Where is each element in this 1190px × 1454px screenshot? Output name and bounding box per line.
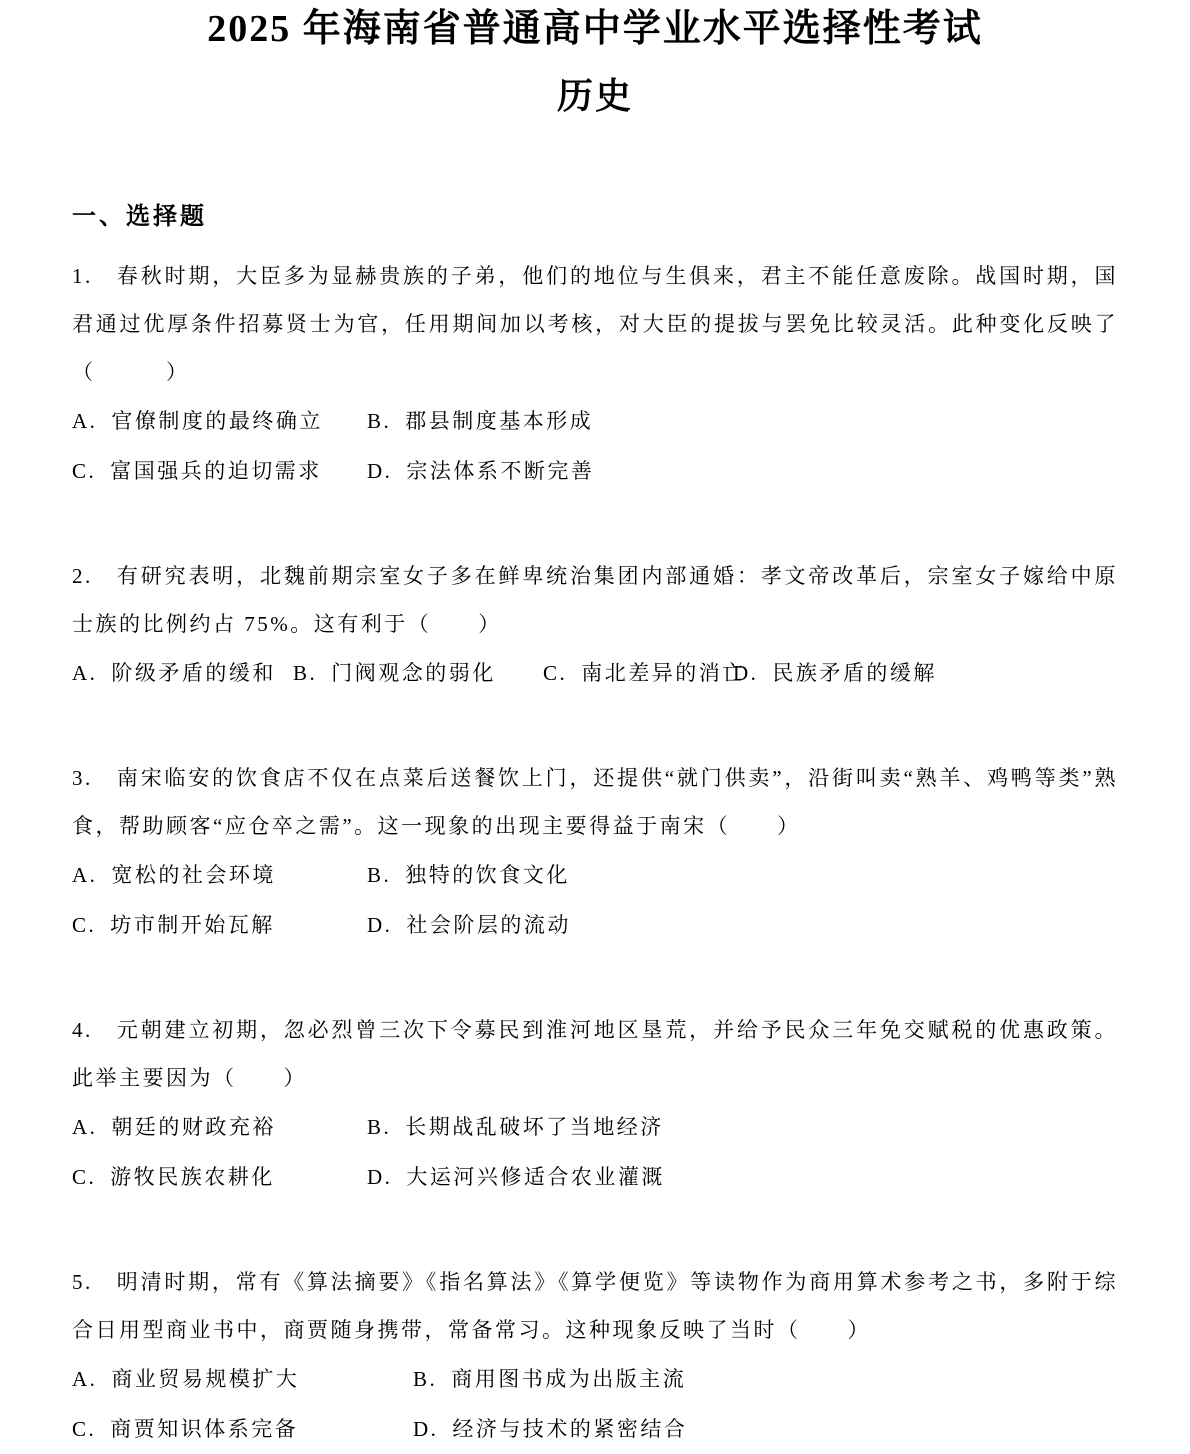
option-c: C.商贾知识体系完备 xyxy=(72,1404,413,1454)
option-d: D.民族矛盾的缓解 xyxy=(733,648,937,698)
option-a-text: 宽松的社会环境 xyxy=(111,863,276,887)
question-3: 3. 南宋临安的饮食店不仅在点菜后送餐饮上门，还提供“就门供卖”，沿街叫卖“熟羊… xyxy=(72,754,1118,950)
option-c: C.游牧民族农耕化 xyxy=(72,1152,367,1202)
option-c-label: C. xyxy=(72,913,96,937)
option-d-text: 经济与技术的紧密结合 xyxy=(452,1417,687,1441)
option-d: D.社会阶层的流动 xyxy=(367,900,571,950)
exam-paper: 2025 年海南省普通高中学业水平选择性考试 历史 一、选择题 1. 春秋时期，… xyxy=(0,0,1190,1454)
option-b-label: B. xyxy=(367,1115,391,1139)
option-b-label: B. xyxy=(413,1367,437,1391)
question-4-stem: 4. 元朝建立初期，忽必烈曾三次下令募民到淮河地区垦荒，并给予民众三年免交赋税的… xyxy=(72,1006,1118,1102)
option-d-text: 社会阶层的流动 xyxy=(406,913,571,937)
question-5-stem: 5. 明清时期，常有《算法摘要》《指名算法》《算学便览》等读物作为商用算术参考之… xyxy=(72,1258,1118,1354)
section-heading: 一、选择题 xyxy=(72,203,1118,231)
option-d-text: 宗法体系不断完善 xyxy=(406,459,594,483)
option-c-text: 富国强兵的迫切需求 xyxy=(110,459,322,483)
option-c-text: 南北差异的消亡 xyxy=(581,661,746,685)
option-b: B.商用图书成为出版主流 xyxy=(413,1354,686,1404)
option-row: A.朝廷的财政充裕 B.长期战乱破坏了当地经济 xyxy=(72,1102,1118,1152)
question-2: 2. 有研究表明，北魏前期宗室女子多在鲜卑统治集团内部通婚：孝文帝改革后，宗室女… xyxy=(72,552,1118,698)
question-2-options: A.阶级矛盾的缓和 B.门阀观念的弱化 C.南北差异的消亡 D.民族矛盾的缓解 xyxy=(72,648,1118,698)
option-c-label: C. xyxy=(72,1165,96,1189)
option-a-text: 商业贸易规模扩大 xyxy=(111,1367,299,1391)
option-c-text: 游牧民族农耕化 xyxy=(110,1165,275,1189)
option-row: C.游牧民族农耕化 D.大运河兴修适合农业灌溉 xyxy=(72,1152,1118,1202)
option-row: C.坊市制开始瓦解 D.社会阶层的流动 xyxy=(72,900,1118,950)
option-b-text: 商用图书成为出版主流 xyxy=(451,1367,686,1391)
option-c-label: C. xyxy=(72,1417,96,1441)
option-a: A.宽松的社会环境 xyxy=(72,850,367,900)
option-b-label: B. xyxy=(367,409,391,433)
question-3-options: A.宽松的社会环境 B.独特的饮食文化 C.坊市制开始瓦解 D.社会阶层的流动 xyxy=(72,850,1118,950)
option-b: B.郡县制度基本形成 xyxy=(367,396,593,446)
option-a-text: 阶级矛盾的缓和 xyxy=(111,661,276,685)
question-5: 5. 明清时期，常有《算法摘要》《指名算法》《算学便览》等读物作为商用算术参考之… xyxy=(72,1258,1118,1454)
option-a-label: A. xyxy=(72,1115,97,1139)
option-b: B.门阀观念的弱化 xyxy=(293,648,543,698)
option-d-label: D. xyxy=(367,1165,392,1189)
option-a-text: 官僚制度的最终确立 xyxy=(111,409,323,433)
option-a-label: A. xyxy=(72,661,97,685)
question-4-options: A.朝廷的财政充裕 B.长期战乱破坏了当地经济 C.游牧民族农耕化 D.大运河兴… xyxy=(72,1102,1118,1202)
option-b: B.独特的饮食文化 xyxy=(367,850,570,900)
option-a: A.阶级矛盾的缓和 xyxy=(72,648,293,698)
option-b: B.长期战乱破坏了当地经济 xyxy=(367,1102,664,1152)
option-a: A.商业贸易规模扩大 xyxy=(72,1354,413,1404)
question-4: 4. 元朝建立初期，忽必烈曾三次下令募民到淮河地区垦荒，并给予民众三年免交赋税的… xyxy=(72,1006,1118,1202)
option-b-label: B. xyxy=(367,863,391,887)
option-d-label: D. xyxy=(413,1417,438,1441)
option-row: A.商业贸易规模扩大 B.商用图书成为出版主流 xyxy=(72,1354,1118,1404)
question-1-options: A.官僚制度的最终确立 B.郡县制度基本形成 C.富国强兵的迫切需求 D.宗法体… xyxy=(72,396,1118,496)
option-a-label: A. xyxy=(72,1367,97,1391)
option-a-label: A. xyxy=(72,863,97,887)
option-a: A.官僚制度的最终确立 xyxy=(72,396,367,446)
option-b-text: 郡县制度基本形成 xyxy=(405,409,593,433)
exam-subject: 历史 xyxy=(72,74,1118,118)
option-d-label: D. xyxy=(367,459,392,483)
option-row: A.官僚制度的最终确立 B.郡县制度基本形成 xyxy=(72,396,1118,446)
option-c: C.坊市制开始瓦解 xyxy=(72,900,367,950)
option-a: A.朝廷的财政充裕 xyxy=(72,1102,367,1152)
option-b-text: 门阀观念的弱化 xyxy=(331,661,496,685)
option-c-label: C. xyxy=(543,661,567,685)
option-d: D.大运河兴修适合农业灌溉 xyxy=(367,1152,665,1202)
question-5-options: A.商业贸易规模扩大 B.商用图书成为出版主流 C.商贾知识体系完备 D.经济与… xyxy=(72,1354,1118,1454)
option-c: C.富国强兵的迫切需求 xyxy=(72,446,367,496)
question-3-stem: 3. 南宋临安的饮食店不仅在点菜后送餐饮上门，还提供“就门供卖”，沿街叫卖“熟羊… xyxy=(72,754,1118,850)
option-a-label: A. xyxy=(72,409,97,433)
option-d-text: 民族矛盾的缓解 xyxy=(772,661,937,685)
option-d-label: D. xyxy=(733,661,758,685)
question-1: 1. 春秋时期，大臣多为显赫贵族的子弟，他们的地位与生俱来，君主不能任意废除。战… xyxy=(72,252,1118,496)
option-c-label: C. xyxy=(72,459,96,483)
option-d: D.宗法体系不断完善 xyxy=(367,446,594,496)
option-row: C.商贾知识体系完备 D.经济与技术的紧密结合 xyxy=(72,1404,1118,1454)
option-b-text: 长期战乱破坏了当地经济 xyxy=(405,1115,664,1139)
option-d-text: 大运河兴修适合农业灌溉 xyxy=(406,1165,665,1189)
option-b-text: 独特的饮食文化 xyxy=(405,863,570,887)
option-row: A.宽松的社会环境 B.独特的饮食文化 xyxy=(72,850,1118,900)
option-c: C.南北差异的消亡 xyxy=(543,648,733,698)
option-a-text: 朝廷的财政充裕 xyxy=(111,1115,276,1139)
option-b-label: B. xyxy=(293,661,317,685)
option-row: A.阶级矛盾的缓和 B.门阀观念的弱化 C.南北差异的消亡 D.民族矛盾的缓解 xyxy=(72,648,1118,698)
option-c-text: 坊市制开始瓦解 xyxy=(110,913,275,937)
question-2-stem: 2. 有研究表明，北魏前期宗室女子多在鲜卑统治集团内部通婚：孝文帝改革后，宗室女… xyxy=(72,552,1118,648)
question-1-stem: 1. 春秋时期，大臣多为显赫贵族的子弟，他们的地位与生俱来，君主不能任意废除。战… xyxy=(72,252,1118,396)
option-d-label: D. xyxy=(367,913,392,937)
option-d: D.经济与技术的紧密结合 xyxy=(413,1404,687,1454)
option-c-text: 商贾知识体系完备 xyxy=(110,1417,298,1441)
exam-title: 2025 年海南省普通高中学业水平选择性考试 xyxy=(72,6,1118,52)
option-row: C.富国强兵的迫切需求 D.宗法体系不断完善 xyxy=(72,446,1118,496)
